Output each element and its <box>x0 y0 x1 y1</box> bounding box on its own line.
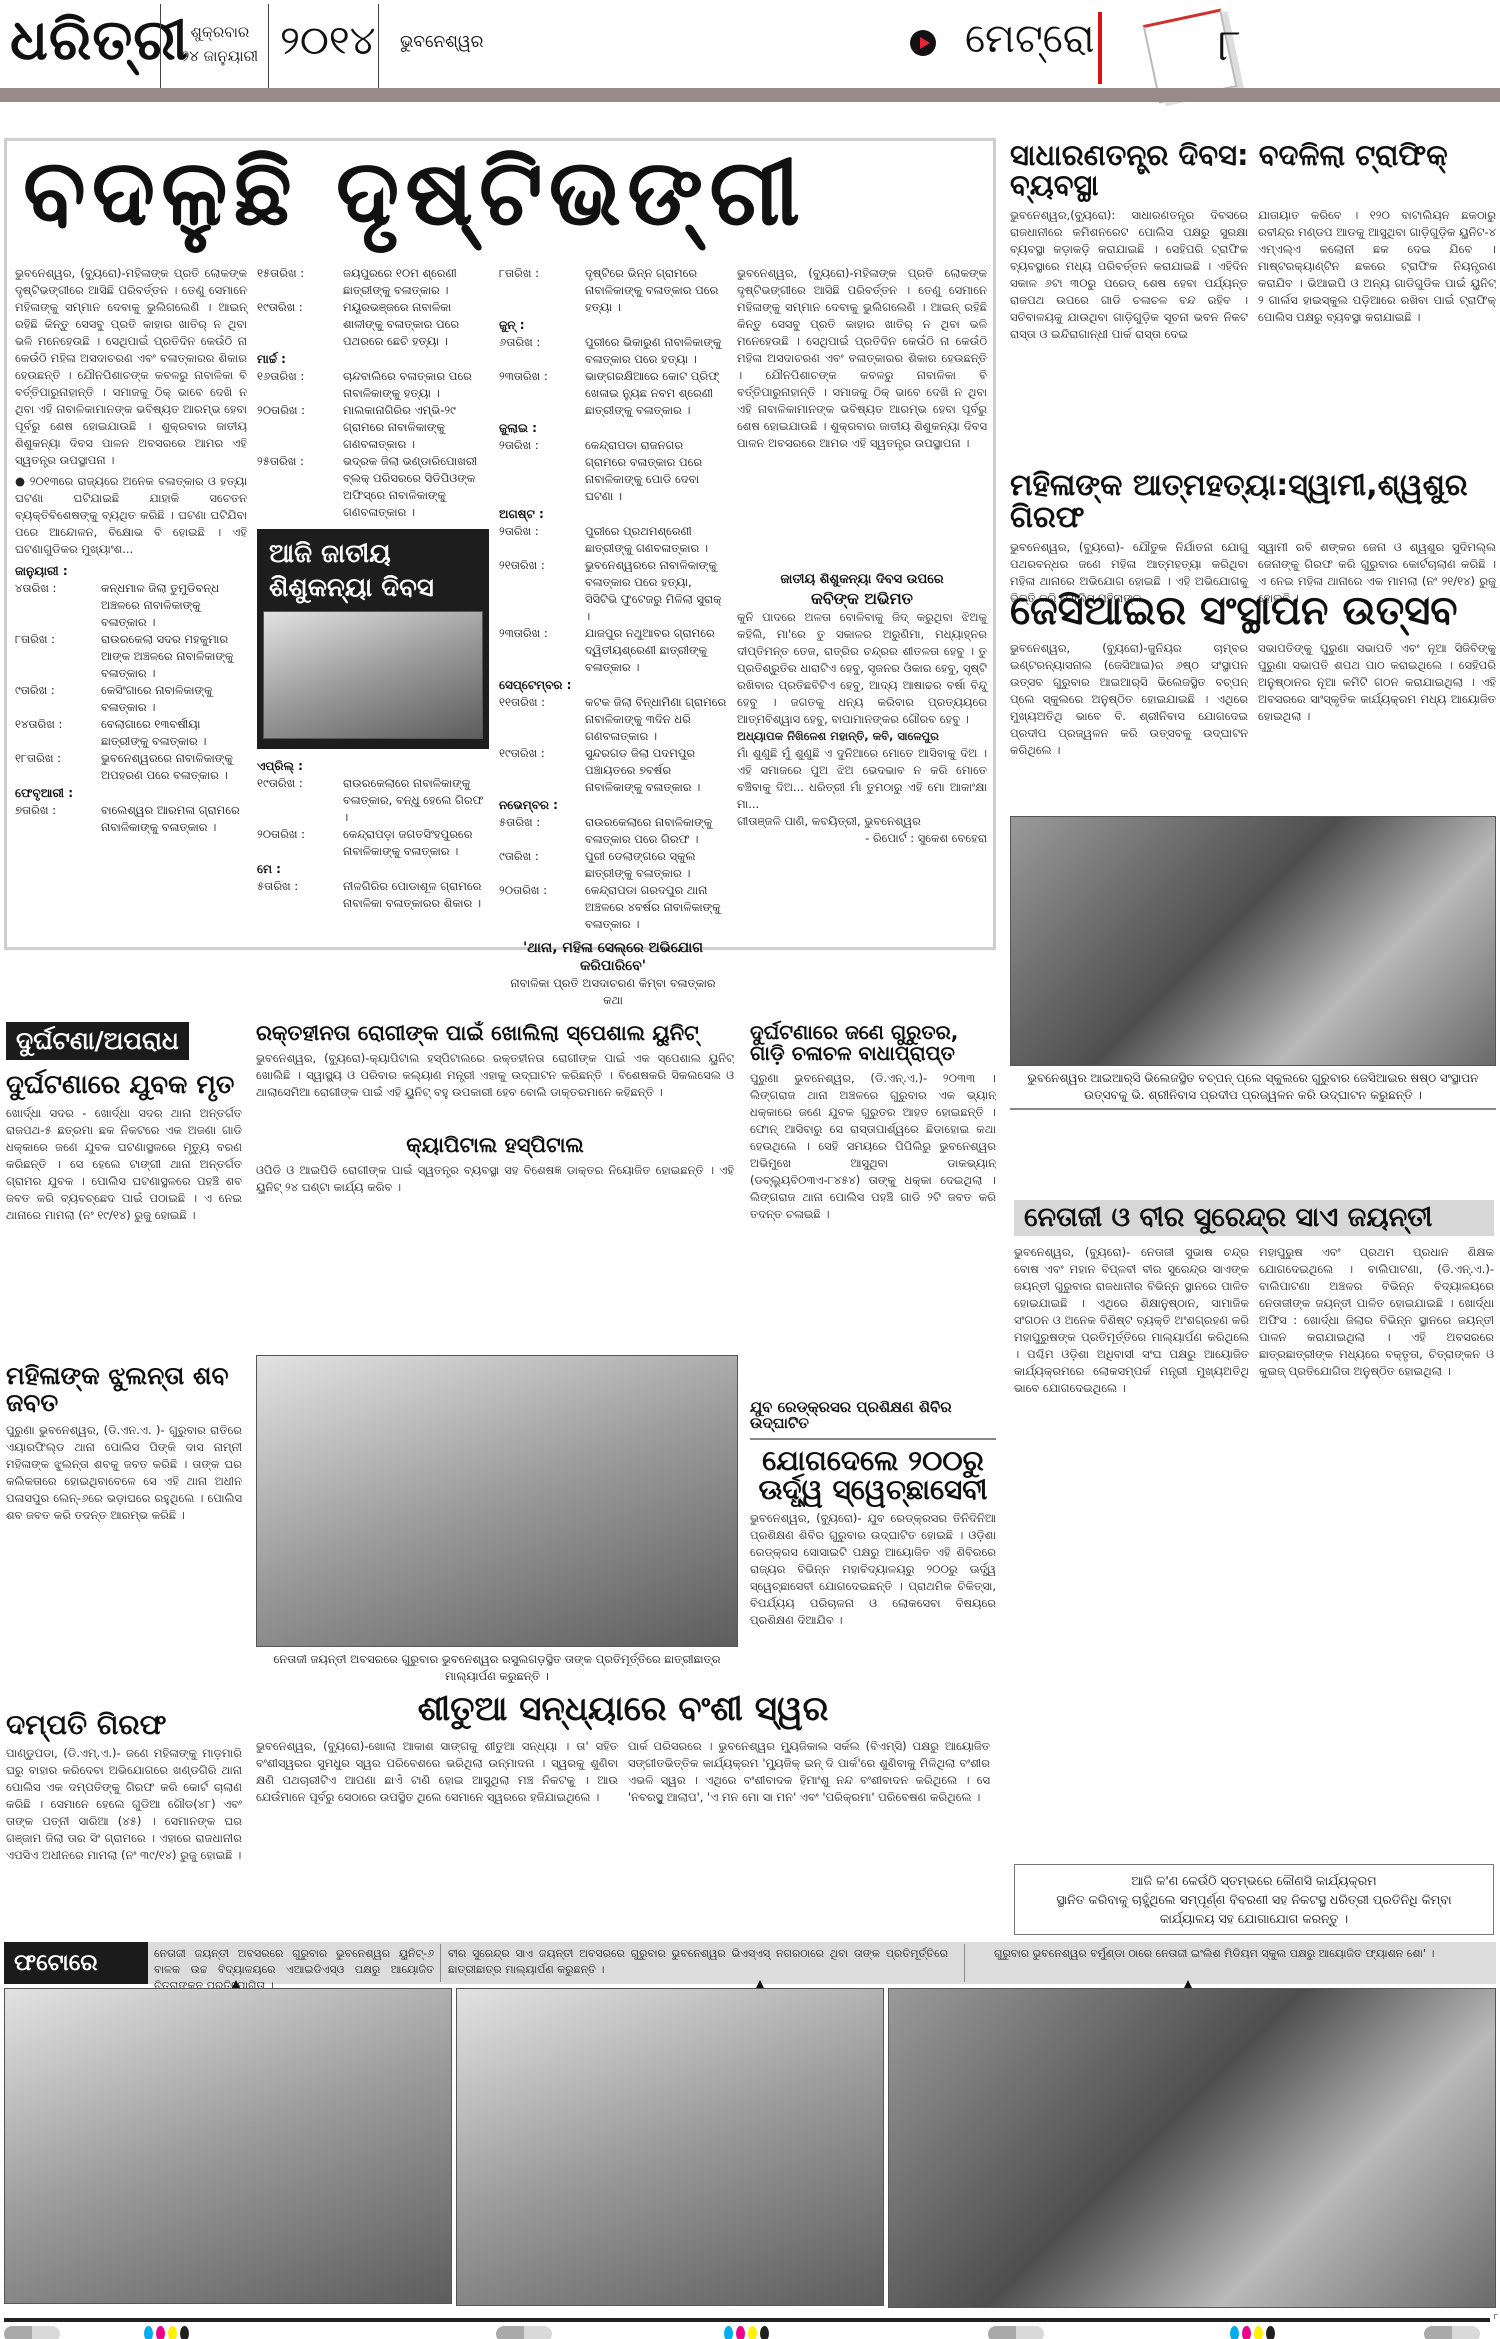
traffic-body: ଭୁବନେଶ୍ୱର,(ବ୍ୟୁରୋ): ସାଧାରଣତନ୍ତ୍ର ଦିବସରେ … <box>1010 207 1496 447</box>
timeline-date: ୧୯ତାରିଖ : <box>499 745 585 796</box>
notice-line-2: ସ୍ଥାନିତ କରିବାକୁ ଚାହୁଁଥିଲେ ସମ୍ପୂର୍ଣ୍ଣ ବିବ… <box>1021 1890 1487 1909</box>
black-mark <box>1266 2326 1275 2339</box>
timeline-entry: ୬ତାରିଖ :ପୁରୀରେ ଭିକାରୁଣ ନାବାଳିକାଙ୍କୁ ବଳାତ… <box>499 334 727 368</box>
timeline-entry: ୪ତାରିଖ :କନ୍ଧମାଳ ଜିଲା ତୁମୁଡିବନ୍ଧ ଅଞ୍ଚଳରେ … <box>15 580 247 631</box>
sidebar-author-1: ଅଧ୍ୟାପକ ନିଖିଳେଶ ମହାନ୍ତି, କବି, ସାଳେପୁର <box>737 728 987 745</box>
timeline-text: ଦୃଷ୍ଟିରେ ଭିନ୍ନ ଗ୍ରାମରେ ନାବାଳିକାଙ୍କୁ ବଳାତ… <box>585 265 727 316</box>
statue-garland-photo <box>456 1988 884 2306</box>
redcross-headline[interactable]: ଯୋଗଦେଲେ ୨୦୦ରୁ ଊର୍ଦ୍ଧ୍ୱ ସ୍ୱେଚ୍ଛାସେବୀ <box>750 1446 996 1505</box>
page-code: ୮ <box>1494 2312 1498 2322</box>
magenta-mark <box>736 2326 745 2339</box>
timeline-text: ପୁରୀ ଡେଲାଙ୍ଗରେ ସ୍କୁଲ ଛାତ୍ରୀଙ୍କୁ ବଳାତ୍କାର… <box>585 848 727 882</box>
timeline-text: ପୁରୀରେ ପ୍ରଥମଶ୍ରେଣୀ ଛାତ୍ରୀଙ୍କୁ ଗଣବଳାତ୍କାର… <box>585 523 727 557</box>
divider <box>268 4 269 90</box>
masthead: ଧରିତ୍ରୀ ଶୁକ୍ରବାର ୨୪ ଜାନୁୟାରୀ ୨୦୧୪ ଭୁବନେଶ… <box>0 0 1500 100</box>
lead-col-1: ଭୁବନେଶ୍ୱର, (ବ୍ୟୁରୋ)-ମହିଳାଙ୍କ ପ୍ରତି ଲୋକଙ୍… <box>15 265 247 836</box>
timeline-month: ସେପ୍ଟେମ୍ବର : <box>499 676 727 694</box>
quote-sub: ନାବାଳିକା ପ୍ରତି ଅସଦାଚରଣ କିମ୍ବା ବଳାତ୍କାର କ… <box>499 975 727 1009</box>
timeline-entry: ୨୦ତାରିଖ :କେନ୍ଦ୍ରାପଡା ଗରଦପୁର ଥାନା ଅଞ୍ଚଳରେ… <box>499 882 727 933</box>
yellow-mark <box>748 2326 757 2339</box>
timeline-month: ଜାନୁୟାରୀ : <box>15 562 247 580</box>
weekday: ଶୁକ୍ରବାର <box>170 20 270 44</box>
year: ୨୦୧୪ <box>280 18 375 64</box>
timeline-date: ୧୧ତାରିଖ : <box>499 694 585 745</box>
timeline-text: ବାଲେଶ୍ୱର ଆରମଳା ଗ୍ରାମରେ ନାବାଳିକାଙ୍କୁ ବଳାତ… <box>101 802 247 836</box>
timeline-month: ନଭେମ୍ବର : <box>499 796 727 814</box>
lead-col-3: ୮ତାରିଖ :ଦୃଷ୍ଟିରେ ଭିନ୍ନ ଗ୍ରାମରେ ନାବାଳିକାଙ… <box>499 265 727 1009</box>
timeline-date: ୫ତାରିଖ : <box>499 814 585 848</box>
magenta-mark <box>156 2326 165 2339</box>
traffic-headline[interactable]: ସାଧାରଣତନ୍ତ୍ର ଦିବସ: ବଦଳିଲା ଟ୍ରାଫିକ୍ ବ୍ୟବସ… <box>1010 140 1496 201</box>
sidebar-subtitle: କବିଙ୍କ ଅଭିମତ <box>737 589 987 609</box>
crime-story-1-text: ଖୋର୍ଦ୍ଧା ସଦର - ଖୋର୍ଦ୍ଧା ସଦର ଥାନା ଅନ୍ତର୍ଗ… <box>6 1105 242 1355</box>
accident-story: ଦୁର୍ଘଟଣାରେ ଜଣେ ଗୁରୁତର, ଗାଡ଼ି ଚଳାଚଳ ବାଧାପ… <box>750 1022 996 1740</box>
black-mark <box>760 2326 769 2339</box>
timeline-text: ରାଉରକେଲା ସଦର ମହକୁମାର ଆଙ୍କ ଅଞ୍ଚଳରେ ନାବାଳି… <box>101 631 247 682</box>
timeline-date: ୬ତାରିଖ : <box>499 334 585 368</box>
timeline-text: ମୟୂରଭଞ୍ଜରେ ନାବାଳିକା ଶାଳୀଙ୍କୁ ବଳାତ୍କାର ପର… <box>343 299 489 350</box>
section-name: ମେଟ୍ରୋ <box>965 16 1095 62</box>
timeline-text: ଯାଜପୁର ନଥୁଆବର ଗ୍ରାମରେ ଦ୍ୱିତୀୟଶ୍ରେଣୀ ଛାତ୍… <box>585 625 727 676</box>
quote-headline: 'ଥାନା, ମହିଳା ସେଲ୍‌ରେ ଅଭିଯୋଗ କରିପାରିବେ' <box>499 939 727 975</box>
timeline-entry: ୧୧ତାରିଖ :କଟକ ଜିଲା ବିନ୍ଧାମିଣା ଗ୍ରାମରେ ନାବ… <box>499 694 727 745</box>
timeline-text: ରାଉରକେଲାରେ ନାବାଳିକାଙ୍କୁ ବଳାତ୍କାର ପରେ ଗିର… <box>585 814 727 848</box>
jci-text-2: ସଭାପତିଙ୍କୁ ପୁରୁଣା ସଭାପତି ଏବଂ ନୂଆ ସିଜିବିଙ… <box>1258 640 1496 810</box>
notice-box: ଆଜି କ'ଣ କେଉଁଠି ସ୍ତମ୍ଭରେ କୌଣସି କାର୍ଯ୍ୟକ୍ର… <box>1014 1864 1494 1935</box>
masthead-bar <box>0 88 1500 102</box>
timeline-date: ୨୩ତାରିଖ : <box>499 368 585 419</box>
cmyk-marks <box>144 2326 192 2339</box>
sidebar-text: କୁନି ପାଦରେ ଅଳତା ବୋଳିବାକୁ ଜିଦ୍ କରୁଥିବା ଝି… <box>737 609 987 728</box>
timeline-text: କେନ୍ଦ୍ରାପଡା ରାଜନଗର ଗ୍ରାମରେ ବଳାତ୍କାର ପରେ … <box>585 437 727 505</box>
traffic-text-1: ଭୁବନେଶ୍ୱର,(ବ୍ୟୁରୋ): ସାଧାରଣତନ୍ତ୍ର ଦିବସରେ … <box>1010 207 1248 447</box>
jci-text-1: ଭୁବନେଶ୍ୱର, (ବ୍ୟୁରୋ)-ଜୁନିୟର ଚାମ୍ବର ଇଣ୍ଟରନ… <box>1010 640 1248 810</box>
timeline-col-3: ୮ତାରିଖ :ଦୃଷ୍ଟିରେ ଭିନ୍ନ ଗ୍ରାମରେ ନାବାଳିକାଙ… <box>499 265 727 933</box>
timeline-text: ବେଲାଗାରେ ୧୩ବର୍ଷୀୟା ଛାତ୍ରୀଙ୍କୁ ବଳାତ୍କାର । <box>101 716 247 750</box>
timeline-entry: ୧୯ତାରିଖ :ମୟୂରଭଞ୍ଜରେ ନାବାଳିକା ଶାଳୀଙ୍କୁ ବଳ… <box>257 299 489 350</box>
timeline-date: ୨୦ତାରିଖ : <box>257 402 343 453</box>
timeline-date: ୨ତାରିଖ : <box>499 523 585 557</box>
netaji-photo-block: ନେତାଜୀ ଜୟନ୍ତୀ ଅବସରରେ ଗୁରୁବାର ଭୁବନେଶ୍ୱର ର… <box>256 1355 738 1685</box>
timeline-text: ଭଦ୍ରକ ଜିଲା ଭଣ୍ଡାରିପୋଖରୀ ବ୍ଲକ୍ ପରିସରରେ ସି… <box>343 453 489 521</box>
sidebar-title: ଜାତୀୟ ଶିଶୁକନ୍ୟା ଦିବସ ଉପରେ <box>737 571 987 589</box>
timeline-date: ୨୫ତାରିଖ : <box>257 453 343 521</box>
black-mark <box>180 2326 189 2339</box>
photo-news-bar: ଫଟୋରେ ଖବର ନେତାଜୀ ଜୟନ୍ତୀ ଅବସରରେ ଗୁରୁବାର ଭ… <box>4 1942 1496 1984</box>
timeline-month: ଏପ୍ରିଲ୍ : <box>257 757 489 775</box>
traffic-text-2: ଯାତାୟାତ କରିବେ । ୧୨୦ ବାଟାଲିୟନ ଛକଠାରୁ ରବୀନ… <box>1258 207 1496 447</box>
netaji-headline[interactable]: ନେତାଜୀ ଓ ବୀର ସୁରେନ୍ଦ୍ର ସାଏ ଜୟନ୍ତୀ <box>1014 1200 1494 1236</box>
timeline-date: ୧୯ତାରିଖ : <box>257 775 343 826</box>
timeline-date: ୮ତାରିଖ : <box>499 265 585 316</box>
divider <box>440 1944 441 1982</box>
lead-bullet: ● ୨୦୧୩ରେ ରାଜ୍ୟରେ ଅନେକ ବଳାତ୍କାର ଓ ହତ୍ୟା ଘ… <box>15 473 247 558</box>
timeline-date: ୧୪ତାରିଖ : <box>15 716 101 750</box>
timeline-date: ୯ତାରିଖ : <box>499 848 585 882</box>
photo-box: ଆଜି ଜାତୀୟ ଶିଶୁକନ୍ୟା ଦିବସ <box>257 529 489 749</box>
timeline-entry: ୯ତାରିଖ :କେସିଂଗାରେ ନାବାଳିକାଙ୍କୁ ବଳାତ୍କାର … <box>15 682 247 716</box>
timeline-month: ଜୁନ୍ : <box>499 316 727 334</box>
sidebar-author-2: ଗୀତାଞ୍ଜଳି ପାଣି, କବୟିତ୍ରୀ, ଭୁବନେଶ୍ୱର <box>737 813 987 830</box>
netaji-text-1: ଭୁବନେଶ୍ୱର, (ବ୍ୟୁରୋ)- ନେତାଜୀ ସୁଭାଷ ଚନ୍ଦ୍ର… <box>1014 1244 1249 1824</box>
crime-story-3-text: ପାଣ୍ଡୁପଡା, (ଡି.ଏମ୍.ଏ.)- ଜଣେ ମହିଳାଙ୍କୁ ମା… <box>6 1745 242 1864</box>
timeline-text: ସୁନ୍ଦରଗଡ ଜିଲା ପଦମପୁର ପଞ୍ଚାୟତରେ ୭ବର୍ଷର ନା… <box>585 745 727 796</box>
flute-text-2: ପାର୍କ ପରିସରରେ । ଭୁବନେଶ୍ୱର ମ୍ୟୁଜିକାଲ ସର୍କ… <box>628 1738 990 1888</box>
timeline-month: ମାର୍ଚ୍ଚ : <box>257 350 489 368</box>
timeline-date: ୨ତାରିଖ : <box>499 437 585 505</box>
timeline-text: କେନ୍ଦ୍ରାପଡା ଗରଦପୁର ଥାନା ଅଞ୍ଚଳରେ ୪ବର୍ଷର ନ… <box>585 882 727 933</box>
date: ୨୪ ଜାନୁୟାରୀ <box>170 44 270 68</box>
drawing-competition-photo <box>4 1988 452 2304</box>
timeline-entry: ୯ତାରିଖ :ପୁରୀ ଡେଲାଙ୍ଗରେ ସ୍କୁଲ ଛାତ୍ରୀଙ୍କୁ … <box>499 848 727 882</box>
timeline-entry: ୮ତାରିଖ :ଦୃଷ୍ଟିରେ ଭିନ୍ନ ଗ୍ରାମରେ ନାବାଳିକାଙ… <box>499 265 727 316</box>
timeline-text: କନ୍ଧମାଳ ଜିଲା ତୁମୁଡିବନ୍ଧ ଅଞ୍ଚଳରେ ନାବାଳିକା… <box>101 580 247 631</box>
timeline-text: ରାଉରକେଲାରେ ନାବାଳିକାଙ୍କୁ ବଳାତ୍କାର, ବନ୍ଧୁ … <box>343 775 489 826</box>
netaji-statue-photo <box>256 1355 738 1647</box>
timeline-col-1: ଜାନୁୟାରୀ :୪ତାରିଖ :କନ୍ଧମାଳ ଜିଲା ତୁମୁଡିବନ୍… <box>15 562 247 836</box>
timeline-month: ଅଗଷ୍ଟ : <box>499 505 727 523</box>
fashion-show-photo <box>888 1988 1496 2308</box>
photo-news-label[interactable]: ଫଟୋରେ ଖବର <box>4 1942 148 1984</box>
netaji-text-2: ମହାପୁରୁଷ ଏବଂ ପ୍ରଥମ ପ୍ରଧାନ ଶିକ୍ଷକ ଯୋଗଦେଇଥ… <box>1259 1244 1494 1824</box>
traffic-story: ସାଧାରଣତନ୍ତ୍ର ଦିବସ: ବଦଳିଲା ଟ୍ରାଫିକ୍ ବ୍ୟବସ… <box>1010 140 1496 447</box>
timeline-text: କଟକ ଜିଲା ବିନ୍ଧାମିଣା ଗ୍ରାମରେ ନାବାଳିକାଙ୍କୁ… <box>585 694 727 745</box>
blood-unit-story: ରକ୍ତହୀନତା ରୋଗୀଙ୍କ ପାଇଁ ଖୋଲିଲା ସ୍ପେଶାଲ ୟୁ… <box>256 1022 734 1272</box>
timeline-entry: ୨୦ତାରିଖ :ମାଲକାନାଗିରିର ଏମ୍‌ଭି-୨୯ ଗ୍ରାମରେ … <box>257 402 489 453</box>
timeline-date: ୪ତାରିଖ : <box>15 580 101 631</box>
suicide-headline[interactable]: ମହିଳାଙ୍କ ଆତ୍ମହତ୍ୟା:ସ୍ୱାମୀ,ଶ୍ୱଶୁର ଗିରଫ <box>1010 470 1496 533</box>
timeline-text: ମାଲକାନାଗିରିର ଏମ୍‌ଭି-୨୯ ଗ୍ରାମରେ ନାବାଳିକାଙ… <box>343 402 489 453</box>
notice-line-3: କାର୍ଯ୍ୟାଳୟ ସହ ଯୋଗାଯୋଗ କରନ୍ତୁ । <box>1021 1909 1487 1928</box>
gray-pill-mark <box>1424 2326 1480 2339</box>
timeline-month: ଫେବୃଆରୀ : <box>15 784 247 802</box>
cyan-mark <box>724 2326 733 2339</box>
timeline-date: ୧୮ତାରିଖ : <box>15 750 101 784</box>
cmyk-marks <box>1230 2326 1278 2339</box>
timeline-date: ୨୧ତାରିଖ : <box>499 557 585 625</box>
cyan-mark <box>1230 2326 1239 2339</box>
gray-pill-mark <box>496 2326 552 2339</box>
divider <box>964 1944 965 1982</box>
timeline-entry: ୫ତାରିଖ :ନୀଳଗିରିର ପୋଡାଶୂଳ ଗ୍ରାମରେ ନାବାଳିକ… <box>257 878 489 912</box>
lead-story: ବଦଳୁଛି ଦୃଷ୍ଟିଭଙ୍ଗୀ ଭୁବନେଶ୍ୱର, (ବ୍ୟୁରୋ)-ମ… <box>4 138 996 950</box>
timeline-date: ୧୫ତାରିଖ : <box>257 265 343 299</box>
timeline-entry: ୨୦ତାରିଖ :କେନ୍ଦ୍ରାପଡ଼ା ଜଗତସିଂହପୁରରେ ନାବାଳ… <box>257 826 489 860</box>
yellow-mark <box>1254 2326 1263 2339</box>
timeline-date: ୯ତାରିଖ : <box>15 682 101 716</box>
newspaper-logo[interactable]: ଧରିତ୍ରୀ <box>10 8 189 74</box>
timeline-entry: ୫ତାରିଖ :ରାଉରକେଲାରେ ନାବାଳିକାଙ୍କୁ ବଳାତ୍କାର… <box>499 814 727 848</box>
jci-body: ଭୁବନେଶ୍ୱର, (ବ୍ୟୁରୋ)-ଜୁନିୟର ଚାମ୍ବର ଇଣ୍ଟରନ… <box>1010 640 1496 810</box>
timeline-date: ୭ତାରିଖ : <box>15 802 101 836</box>
crime-story-1-headline[interactable]: ଦୁର୍ଘଟଣାରେ ଯୁବକ ମୃତ <box>6 1072 242 1099</box>
timeline-entry: ୭ତାରିଖ :ବାଲେଶ୍ୱର ଆରମଳା ଗ୍ରାମରେ ନାବାଳିକାଙ… <box>15 802 247 836</box>
gray-pill-mark <box>988 2326 1044 2339</box>
date-block: ଶୁକ୍ରବାର ୨୪ ଜାନୁୟାରୀ <box>170 20 270 68</box>
timeline-date: ୫ତାରିଖ : <box>257 878 343 912</box>
redcross-kicker: ଯୁବ ରେଡ୍‌କ୍ରସର ପ୍ରଶିକ୍ଷଣ ଶିବିର ଉଦ୍‌ଘାଟିତ <box>750 1400 996 1432</box>
suicide-story: ମହିଳାଙ୍କ ଆତ୍ମହତ୍ୟା:ସ୍ୱାମୀ,ଶ୍ୱଶୁର ଗିରଫ ଭୁ… <box>1010 470 1496 607</box>
timeline-date: ୧୯ତାରିଖ : <box>257 299 343 350</box>
flute-body: ଭୁବନେଶ୍ୱର, (ବ୍ୟୁରୋ)-ଖୋଲା ଆକାଶ ସାଙ୍ଗକୁ ଶୀ… <box>256 1738 990 1888</box>
hospital-text: ଓପିଡି ଓ ଆଇପିଡି ରୋଗୀଙ୍କ ପାଇଁ ସ୍ୱତନ୍ତ୍ର ବ୍… <box>256 1162 734 1272</box>
jci-headline[interactable]: ଜେସିଆଇର ସଂସ୍ଥାପନ ଉତ୍ସବ <box>1010 590 1496 632</box>
photo-caption-3: ଗୁରୁବାର ଭୁବନେଶ୍ୱର ବର୍ମୁଣ୍ଡା ଠାରେ ନେତାଜୀ … <box>994 1946 1474 1962</box>
jci-caption: ଭୁବନେଶ୍ୱର ଆଇଆର୍‌ସି ଭିଲେଜସ୍ଥିତ ବଚ୍‌ପନ୍ ପ୍… <box>1010 1070 1496 1104</box>
divider <box>1010 1108 1496 1110</box>
timeline-col-2-bottom: ଏପ୍ରିଲ୍ :୧୯ତାରିଖ :ରାଉରକେଲାରେ ନାବାଳିକାଙ୍କ… <box>257 757 489 912</box>
divider <box>160 4 161 90</box>
lead-col-2: ୧୫ତାରିଖ :ଜୟପୁରରେ ୧୦ମ ଶ୍ରେଣୀ ଛାତ୍ରୀଙ୍କୁ ବ… <box>257 265 489 912</box>
cmyk-marks <box>724 2326 772 2339</box>
timeline-entry: ୧୯ତାରିଖ :ସୁନ୍ଦରଗଡ ଜିଲା ପଦମପୁର ପଞ୍ଚାୟତରେ … <box>499 745 727 796</box>
timeline-date: ୨୦ତାରିଖ : <box>257 826 343 860</box>
lead-headline[interactable]: ବଦଳୁଛି ଦୃଷ୍ଟିଭଙ୍ଗୀ <box>23 145 806 242</box>
poet-sidebar: ଭୁବନେଶ୍ୱର, (ବ୍ୟୁରୋ)-ମହିଳାଙ୍କ ପ୍ରତି ଲୋକଙ୍… <box>737 265 987 847</box>
timeline-date: ୧୬ତାରିଖ : <box>257 368 343 402</box>
yellow-mark <box>168 2326 177 2339</box>
blood-unit-headline[interactable]: ରକ୍ତହୀନତା ରୋଗୀଙ୍କ ପାଇଁ ଖୋଲିଲା ସ୍ପେଶାଲ ୟୁ… <box>256 1022 734 1044</box>
timeline-col-2-top: ୧୫ତାରିଖ :ଜୟପୁରରେ ୧୦ମ ଶ୍ରେଣୀ ଛାତ୍ରୀଙ୍କୁ ବ… <box>257 265 489 521</box>
crime-column: ଦୁର୍ଘଟଣା/ଅପରାଧ ଦୁର୍ଘଟଣାରେ ଯୁବକ ମୃତ ଖୋର୍ଦ… <box>6 1022 242 1864</box>
sidebar-lead: ଭୁବନେଶ୍ୱର, (ବ୍ୟୁରୋ)-ମହିଳାଙ୍କ ପ୍ରତି ଲୋକଙ୍… <box>737 265 987 565</box>
timeline-date: ୨୩ତାରିଖ : <box>499 625 585 676</box>
timeline-entry: ୨୧ତାରିଖ :ଭୁବନେଶ୍ୱରରେ ନାବାଳିକାଙ୍କୁ ବଳାତ୍କ… <box>499 557 727 625</box>
timeline-text: କେନ୍ଦ୍ରାପଡ଼ା ଜଗତସିଂହପୁରରେ ନାବାଳିକାଙ୍କୁ ବ… <box>343 826 489 860</box>
reporter: - ରିପୋର୍ଟ : ସୁକେଶ ବେହେରା <box>737 830 987 847</box>
sidebar-text-2: ମାଁ ଶୁଣୁଛି ମୁଁ ଶୁଣୁଛି ଏ ଦୁନିଆରେ ମୋତେ ଆସି… <box>737 745 987 813</box>
timeline-text: ଭୁବନେଶ୍ୱରରେ ନାବାଳିକାଙ୍କୁ ବଳାତ୍କାର ପରେ ହତ… <box>585 557 727 625</box>
accident-text: ପୁରୁଣା ଭୁବନେଶ୍ୱର, (ଡି.ଏନ୍.ଏ.)- ୨୦୩୩ । ଲି… <box>750 1070 996 1390</box>
timeline-month: ମେ : <box>257 860 489 878</box>
divider <box>750 1438 996 1440</box>
netaji-story: ନେତାଜୀ ଓ ବୀର ସୁରେନ୍ଦ୍ର ସାଏ ଜୟନ୍ତୀ ଭୁବନେଶ… <box>1014 1200 1494 1935</box>
page-number: ୮ <box>1218 20 1241 71</box>
timeline-date: ୨୦ତାରିଖ : <box>499 882 585 933</box>
cyan-mark <box>144 2326 153 2339</box>
lead-intro: ଭୁବନେଶ୍ୱର, (ବ୍ୟୁରୋ)-ମହିଳାଙ୍କ ପ୍ରତି ଲୋକଙ୍… <box>15 265 247 469</box>
jci-story: ଜେସିଆଇର ସଂସ୍ଥାପନ ଉତ୍ସବ ଭୁବନେଶ୍ୱର, (ବ୍ୟୁର… <box>1010 590 1496 1110</box>
accident-headline[interactable]: ଦୁର୍ଘଟଣାରେ ଜଣେ ଗୁରୁତର, ଗାଡ଼ି ଚଳାଚଳ ବାଧାପ… <box>750 1022 996 1064</box>
timeline-text: ଭାଙ୍ଗରକ୍ଷିଆରେ କୋଟ ପ୍ରିଫ୍ ଖେଳାଇ ନ୍ୟୁଛ ନବମ… <box>585 368 727 419</box>
timeline-entry: ୧୬ତାରିଖ :ଚାନ୍ଦବାଲିରେ ବଳାତ୍କାର ପରେ ନାବାଳି… <box>257 368 489 402</box>
timeline-entry: ୨୫ତାରିଖ :ଭଦ୍ରକ ଜିଲା ଭଣ୍ଡାରିପୋଖରୀ ବ୍ଲକ୍ ପ… <box>257 453 489 521</box>
timeline-entry: ୧୫ତାରିଖ :ଜୟପୁରରେ ୧୦ମ ଶ୍ରେଣୀ ଛାତ୍ରୀଙ୍କୁ ବ… <box>257 265 489 299</box>
divider <box>378 4 379 90</box>
play-icon <box>910 30 936 56</box>
timeline-entry: ୨୩ତାରିଖ :ଭାଙ୍ଗରକ୍ଷିଆରେ କୋଟ ପ୍ରିଫ୍ ଖେଳାଇ … <box>499 368 727 419</box>
girls-photo <box>263 611 483 739</box>
netaji-photo-caption: ନେତାଜୀ ଜୟନ୍ତୀ ଅବସରରେ ଗୁରୁବାର ଭୁବନେଶ୍ୱର ର… <box>256 1651 738 1685</box>
timeline-text: ଭୁବନେଶ୍ୱରରେ ନାବାଳିକାଙ୍କୁ ଅପହରଣ ପରେ ବଳାତ୍… <box>101 750 247 784</box>
crime-story-3-headline[interactable]: ଦମ୍ପତି ଗିରଫ <box>6 1710 242 1739</box>
photo-caption-1: ନେତାଜୀ ଜୟନ୍ତୀ ଅବସରରେ ଗୁରୁବାର ଭୁବନେଶ୍ୱର ୟ… <box>154 1946 434 1994</box>
crime-story-2-text: ପୁରୁଣା ଭୁବନେଶ୍ୱର, (ଡି.ଏନ.ଏ. )- ଗୁରୁବାର ର… <box>6 1422 242 1702</box>
photo-caption-2: ବୀର ସୁରେନ୍ଦ୍ର ସାଏ ଜୟନ୍ତୀ ଅବସରରେ ଗୁରୁବାର … <box>448 1946 948 1978</box>
timeline-entry: ୮ତାରିଖ :ରାଉରକେଲା ସଦର ମହକୁମାର ଆଙ୍କ ଅଞ୍ଚଳର… <box>15 631 247 682</box>
hospital-subhead: କ୍ୟାପିଟାଲ ହସ୍ପିଟାଲ <box>256 1134 734 1156</box>
notice-line-1: ଆଜି କ'ଣ କେଉଁଠି ସ୍ତମ୍ଭରେ କୌଣସି କାର୍ଯ୍ୟକ୍ର… <box>1021 1871 1487 1890</box>
timeline-entry: ୨ତାରିଖ :କେନ୍ଦ୍ରାପଡା ରାଜନଗର ଗ୍ରାମରେ ବଳାତ୍… <box>499 437 727 505</box>
timeline-text: ନୀଳଗିରିର ପୋଡାଶୂଳ ଗ୍ରାମରେ ନାବାଳିକା ବଳାତ୍କ… <box>343 878 489 912</box>
jci-photo <box>1010 816 1496 1066</box>
flute-headline[interactable]: ଶୀତୁଆ ସନ୍ଧ୍ୟାରେ ବଂଶୀ ସ୍ୱର <box>256 1692 990 1728</box>
timeline-text: ପୁରୀରେ ଭିକାରୁଣ ନାବାଳିକାଙ୍କୁ ବଳାତ୍କାର ପରେ… <box>585 334 727 368</box>
registration-marks <box>4 2326 1500 2339</box>
timeline-date: ୮ତାରିଖ : <box>15 631 101 682</box>
netaji-body: ଭୁବନେଶ୍ୱର, (ବ୍ୟୁରୋ)- ନେତାଜୀ ସୁଭାଷ ଚନ୍ଦ୍ର… <box>1014 1244 1494 1824</box>
timeline-text: କେସିଂଗାରେ ନାବାଳିକାଙ୍କୁ ବଳାତ୍କାର । <box>101 682 247 716</box>
flute-text-1: ଭୁବନେଶ୍ୱର, (ବ୍ୟୁରୋ)-ଖୋଲା ଆକାଶ ସାଙ୍ଗକୁ ଶୀ… <box>256 1738 618 1888</box>
footer-rule <box>4 2318 1490 2322</box>
gray-pill-mark <box>4 2326 60 2339</box>
red-divider <box>1098 12 1102 84</box>
timeline-entry: ୧୯ତାରିଖ :ରାଉରକେଲାରେ ନାବାଳିକାଙ୍କୁ ବଳାତ୍କା… <box>257 775 489 826</box>
timeline-entry: ୨ତାରିଖ :ପୁରୀରେ ପ୍ରଥମଶ୍ରେଣୀ ଛାତ୍ରୀଙ୍କୁ ଗଣ… <box>499 523 727 557</box>
timeline-text: ଜୟପୁରରେ ୧୦ମ ଶ୍ରେଣୀ ଛାତ୍ରୀଙ୍କୁ ବଳାତ୍କାର । <box>343 265 489 299</box>
crime-story-2-headline[interactable]: ମହିଳାଙ୍କ ଝୁଲନ୍ତା ଶବ ଜବତ <box>6 1363 242 1416</box>
timeline-entry: ୧୮ତାରିଖ :ଭୁବନେଶ୍ୱରରେ ନାବାଳିକାଙ୍କୁ ଅପହରଣ … <box>15 750 247 784</box>
timeline-text: ଚାନ୍ଦବାଲିରେ ବଳାତ୍କାର ପରେ ନାବାଳିକାଙ୍କୁ ହତ… <box>343 368 489 402</box>
photo-box-title: ଆଜି ଜାତୀୟ ଶିଶୁକନ୍ୟା ଦିବସ <box>263 535 483 607</box>
magenta-mark <box>1242 2326 1251 2339</box>
flute-story: ଶୀତୁଆ ସନ୍ଧ୍ୟାରେ ବଂଶୀ ସ୍ୱର ଭୁବନେଶ୍ୱର, (ବ୍… <box>256 1692 990 1888</box>
blood-unit-text: ଭୁବନେଶ୍ୱର, (ବ୍ୟୁରୋ)-କ୍ୟାପିଟାଲ ହସ୍ପିଟାଲରେ… <box>256 1050 734 1124</box>
timeline-entry: ୨୩ତାରିଖ :ଯାଜପୁର ନଥୁଆବର ଗ୍ରାମରେ ଦ୍ୱିତୀୟଶ୍… <box>499 625 727 676</box>
crime-section-label[interactable]: ଦୁର୍ଘଟଣା/ଅପରାଧ <box>6 1022 189 1060</box>
timeline-entry: ୧୪ତାରିଖ :ବେଲାଗାରେ ୧୩ବର୍ଷୀୟା ଛାତ୍ରୀଙ୍କୁ ବ… <box>15 716 247 750</box>
edition-city: ଭୁବନେଶ୍ୱର <box>400 32 484 52</box>
timeline-month: ଜୁଲାଇ : <box>499 419 727 437</box>
